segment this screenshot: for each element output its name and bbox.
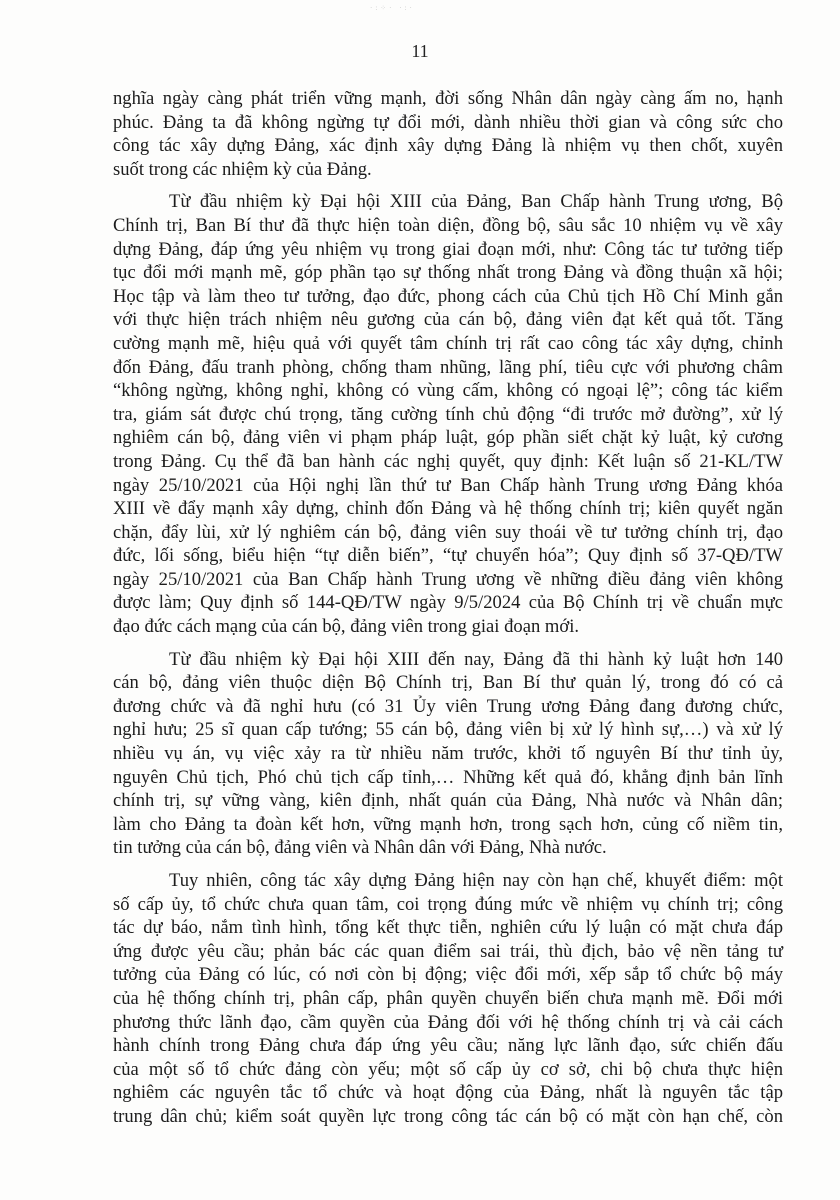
text-line: được làm; Quy định số 144-QĐ/TW ngày 9/5…: [113, 591, 783, 615]
document-page: ·:⁘· ·:· 11 nghĩa ngày càng phát triển v…: [0, 0, 840, 1200]
text-line: nghiêm cán bộ, đảng viên vi phạm pháp lu…: [113, 426, 783, 450]
body-text: nghĩa ngày càng phát triển vững mạnh, đờ…: [113, 87, 783, 1129]
text-line: nhiều vụ án, vụ việc xảy ra từ nhiều năm…: [113, 742, 783, 766]
paragraph-3: Từ đầu nhiệm kỳ Đại hội XIII đến nay, Đả…: [113, 648, 783, 860]
text-line: tác dự báo, nắm tình hình, tổng kết thực…: [113, 916, 783, 940]
text-line: nghiêm các nguyên tắc tổ chức và hoạt độ…: [113, 1081, 783, 1105]
text-line: cán bộ, đảng viên thuộc diện Bộ Chính tr…: [113, 671, 783, 695]
text-line: số cấp ủy, tổ chức chưa quan tâm, coi tr…: [113, 893, 783, 917]
text-line: cường mạnh mẽ, hiệu quả với quyết tâm ch…: [113, 332, 783, 356]
text-line: suốt trong các nhiệm kỳ của Đảng.: [113, 158, 783, 182]
text-line: Học tập và làm theo tư tưởng, đạo đức, p…: [113, 285, 783, 309]
text-line: trong Đảng. Cụ thể đã ban hành các nghị …: [113, 450, 783, 474]
text-line: đạo đức cách mạng của cán bộ, đảng viên …: [113, 615, 783, 639]
paragraph-1: nghĩa ngày càng phát triển vững mạnh, đờ…: [113, 87, 783, 181]
text-line: chính trị, sự vững vàng, kiên định, nhất…: [113, 789, 783, 813]
text-line: tục đổi mới mạnh mẽ, góp phần tạo sự thố…: [113, 261, 783, 285]
text-line: XIII về đẩy mạnh xây dựng, chỉnh đốn Đản…: [113, 497, 783, 521]
text-line: Tuy nhiên, công tác xây dựng Đảng hiện n…: [113, 869, 783, 893]
paragraph-2: Từ đầu nhiệm kỳ Đại hội XIII của Đảng, B…: [113, 190, 783, 638]
text-line: phương thức lãnh đạo, cầm quyền của Đảng…: [113, 1011, 783, 1035]
text-line: nguyên Chủ tịch, Phó chủ tịch cấp tỉnh,……: [113, 766, 783, 790]
text-line: “không ngừng, không nghỉ, không có vùng …: [113, 379, 783, 403]
text-line: đốn Đảng, đấu tranh phòng, chống tham nh…: [113, 356, 783, 380]
text-line: Từ đầu nhiệm kỳ Đại hội XIII đến nay, Đả…: [113, 648, 783, 672]
text-line: tưởng của Đảng có lúc, có nơi còn bị độn…: [113, 963, 783, 987]
text-line: phúc. Đảng ta đã không ngừng tự đổi mới,…: [113, 111, 783, 135]
text-line: chặn, đẩy lùi, xử lý nghiêm cán bộ, đảng…: [113, 521, 783, 545]
scan-artifact: ·:⁘· ·:·: [370, 4, 440, 12]
text-line: hành chính trong Đảng chưa đáp ứng yêu c…: [113, 1034, 783, 1058]
text-line: ngày 25/10/2021 của Ban Chấp hành Trung …: [113, 568, 783, 592]
text-line: Từ đầu nhiệm kỳ Đại hội XIII của Đảng, B…: [113, 190, 783, 214]
text-line: nghỉ hưu; 25 sĩ quan cấp tướng; 55 cán b…: [113, 718, 783, 742]
page-number: 11: [0, 41, 840, 61]
text-line: trung dân chủ; kiểm soát quyền lực trong…: [113, 1105, 783, 1129]
text-line: nghĩa ngày càng phát triển vững mạnh, đờ…: [113, 87, 783, 111]
text-line: của một số tổ chức đảng còn yếu; một số …: [113, 1058, 783, 1082]
text-line: làm cho Đảng ta đoàn kết hơn, vững mạnh …: [113, 813, 783, 837]
text-line: đức, lối sống, biểu hiện “tự diễn biến”,…: [113, 544, 783, 568]
text-line: đương chức và đã nghỉ hưu (có 31 Ủy viên…: [113, 695, 783, 719]
text-line: với thực hiện trách nhiệm nêu gương của …: [113, 308, 783, 332]
text-line: của hệ thống chính trị, phân cấp, phân q…: [113, 987, 783, 1011]
text-line: tra, giám sát được chú trọng, tăng cường…: [113, 403, 783, 427]
text-line: ứng được yêu cầu; phản bác các quan điểm…: [113, 940, 783, 964]
text-line: công tác xây dựng Đảng, xác định xây dựn…: [113, 134, 783, 158]
text-line: ngày 25/10/2021 của Hội nghị lần thứ tư …: [113, 474, 783, 498]
text-line: Chính trị, Ban Bí thư đã thực hiện toàn …: [113, 214, 783, 238]
paragraph-4: Tuy nhiên, công tác xây dựng Đảng hiện n…: [113, 869, 783, 1129]
text-line: tin tưởng của cán bộ, đảng viên và Nhân …: [113, 836, 783, 860]
text-line: dựng Đảng, đáp ứng yêu nhiệm vụ trong gi…: [113, 238, 783, 262]
